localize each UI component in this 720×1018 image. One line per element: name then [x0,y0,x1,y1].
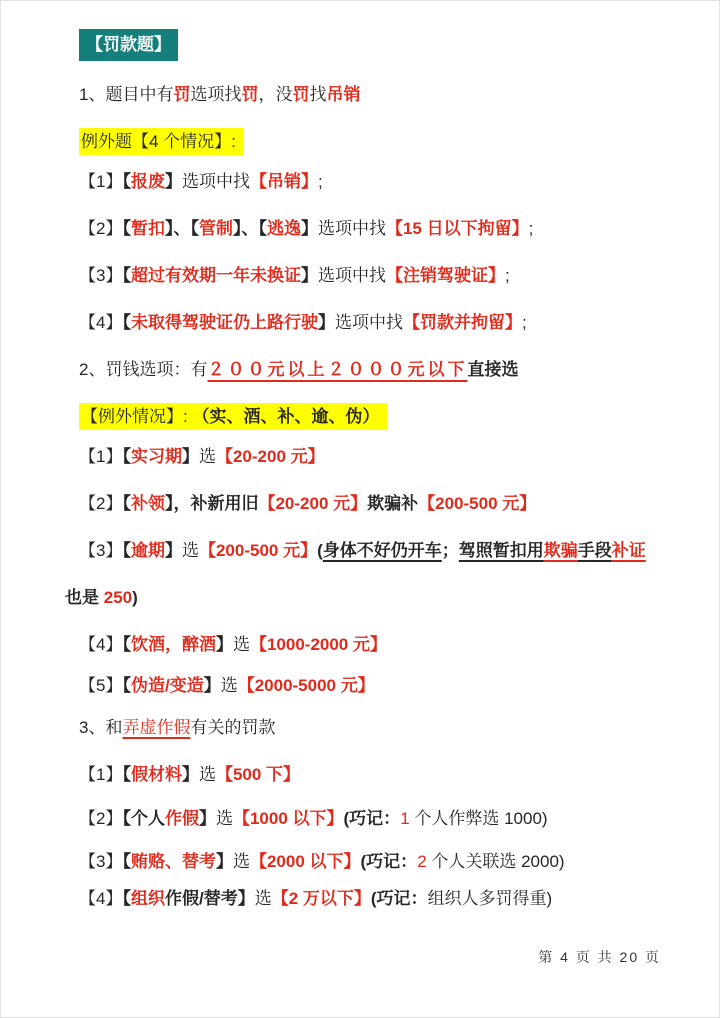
text-segment: 选项中找 [318,266,386,285]
text-segment: 】 [318,313,335,332]
text-segment: 【2】 [79,219,122,238]
text-segment: 伪造/变造 [131,676,204,695]
text-segment: 超过有效期一年未换证 [131,266,301,285]
text-segment: 【4】 [79,889,122,908]
text-segment: 逾期 [131,541,165,560]
text-segment: 选项中找 [335,313,403,332]
yellow-highlight: 例外题【4 个情况】: [79,128,244,155]
text-segment: 选 [199,765,216,784]
text-segment: 【1000 以下】 [233,809,344,828]
rule-1-penalty: 1、题目中有罚选项找罚，没罚找吊销 [79,83,679,107]
text-segment: 【罚款并拘留】 [403,313,522,332]
text-segment: 【15 日以下拘留】 [386,219,529,238]
text-segment: 【 [122,635,131,654]
text-segment: 】、【 [165,219,199,238]
text-segment: 【 [122,219,131,238]
text-segment: 】 [301,266,318,285]
text-segment: 【 [122,889,131,908]
text-segment: ; [529,219,534,238]
text-segment: 补领 [131,494,165,513]
fine-4-alcohol: 【4】【饮酒，醉酒】选【1000-2000 元】 [79,633,679,657]
text-segment: 【20-200 元】 [258,494,367,513]
page-number-footer: 第 4 页 共 20 页 [538,947,661,967]
exception-4-no-license: 【4】【未取得驾驶证仍上路行驶】选项中找【罚款并拘留】; [79,311,679,335]
text-segment: 【 [122,494,131,513]
fine-3-overdue-continued: 也是 250) [65,586,679,610]
text-segment: 【5】 [79,676,122,695]
text-segment: 个人 [131,809,165,828]
yellow-highlight: 【例外情况】: （实、酒、补、逾、伪） [79,403,387,430]
text-segment: （实、酒、补、逾、伪） [192,407,379,426]
text-segment: 组织 [131,889,165,908]
text-segment: 】 [238,889,255,908]
text-segment: ２００元以上２０００元以下 [207,360,467,379]
text-segment: 也是 [65,588,104,607]
text-segment: 【2】 [79,494,122,513]
text-segment: 作假 [165,809,199,828]
text-segment: 驾照暂扣用 [459,541,544,560]
text-segment: 选 [216,809,233,828]
text-segment: ; [522,313,527,332]
text-segment: 组织人多罚得重) [428,889,553,908]
text-segment: 【 [122,447,131,466]
text-segment: 作假/替考 [165,889,238,908]
text-segment: 【1000-2000 元】 [250,635,387,654]
fine-1-probation: 【1】【实习期】选【20-200 元】 [79,445,679,469]
text-segment: 选 [233,635,250,654]
exception-1-scrap: 【1】【报废】选项中找【吊销】; [79,170,679,194]
text-segment: 【500 下】 [216,765,300,784]
text-segment: 【2】 [79,809,122,828]
text-segment: 选 [199,447,216,466]
text-segment: ; [318,172,323,191]
exception-heading: 例外题【4 个情况】: [79,130,679,154]
text-segment: 罚 [292,85,309,104]
text-segment: 暂扣 [131,219,165,238]
rule-3-fraud: 3、和弄虚作假有关的罚款 [79,716,679,740]
text-segment: 选 [221,676,238,695]
text-segment: 】 [216,852,233,871]
text-segment: 罚 [241,85,258,104]
text-segment: 】 [216,635,233,654]
fine-2-reissue: 【2】【补领】，补新用旧【20-200 元】欺骗补【200-500 元】 [79,492,679,516]
text-segment: 【 [122,676,131,695]
text-segment: 选项中找 [182,172,250,191]
text-segment: 【20-200 元】 [216,447,325,466]
text-segment: 选 [255,889,272,908]
text-segment: 选 [233,852,250,871]
text-segment: 【 [122,266,131,285]
text-segment: 逃逸 [267,219,301,238]
fraud-2-individual: 【2】【个人作假】选【1000 以下】(巧记：1 个人作弊选 1000) [79,807,679,831]
text-segment: (巧记： [371,889,428,908]
text-segment: 个人关联选 2000) [427,852,565,871]
text-segment: 【例外情况】: [81,407,192,426]
text-segment: 【200-500 元】 [418,494,536,513]
text-segment: 】 [165,172,182,191]
text-segment: 找 [309,85,326,104]
document-lines: 1、题目中有罚选项找罚，没罚找吊销例外题【4 个情况】:【1】【报废】选项中找【… [79,83,679,911]
text-segment: 】 [199,809,216,828]
text-segment: 【2000-5000 元】 [238,676,375,695]
document-body: 【罚款题】 1、题目中有罚选项找罚，没罚找吊销例外题【4 个情况】:【1】【报废… [1,1,719,911]
text-segment: 贿赂、替考 [131,852,216,871]
text-segment: 【4】 [79,313,122,332]
text-segment: 【 [122,541,131,560]
text-segment: 实习期 [131,447,182,466]
page-title: 【罚款题】 [79,29,178,61]
text-segment: 】 [301,219,318,238]
text-segment: 【 [122,809,131,828]
text-segment: 【1】 [79,765,122,784]
text-segment: 报废 [131,172,165,191]
rule-2-fine-options: 2、罚钱选项：有２００元以上２０００元以下直接选 [79,358,679,382]
text-segment: (巧记： [361,852,418,871]
text-segment: 【3】 [79,852,122,871]
text-segment: ，补新用旧 [173,494,258,513]
text-segment: 未取得驾驶证仍上路行驶 [131,313,318,332]
text-segment: 【吊销】 [250,172,318,191]
text-segment: 【1】 [79,172,122,191]
fraud-4-organized: 【4】【组织作假/替考】选【2 万以下】(巧记：组织人多罚得重) [79,887,679,911]
text-segment: 手段 [578,541,612,560]
text-segment: 2 [417,852,426,871]
text-segment: 】、【 [233,219,267,238]
text-segment: 【3】 [79,266,122,285]
text-segment: 【 [122,852,131,871]
text-segment: 2、罚钱选项：有 [79,360,207,379]
fine-3-overdue: 【3】【逾期】选【200-500 元】(身体不好仍开车；驾照暂扣用欺骗手段补证 [79,539,679,563]
text-segment: ; [505,266,510,285]
text-segment: 吊销 [326,85,360,104]
fraud-1-fake-materials: 【1】【假材料】选【500 下】 [79,763,679,787]
fraud-3-bribery: 【3】【贿赂、替考】选【2000 以下】(巧记：2 个人关联选 2000) [79,850,679,874]
text-segment: 个人作弊选 1000) [410,809,548,828]
text-segment: ，没 [258,85,292,104]
exception-2-detain: 【2】【暂扣】、【管制】、【逃逸】选项中找【15 日以下拘留】; [79,217,679,241]
text-segment: 【200-500 元】 [199,541,317,560]
text-segment: 管制 [199,219,233,238]
text-segment: 【 [122,765,131,784]
text-segment: 【1】 [79,447,122,466]
document-page: 【罚款题】 1、题目中有罚选项找罚，没罚找吊销例外题【4 个情况】:【1】【报废… [0,0,720,1018]
text-segment: 【 [122,313,131,332]
text-segment: 【4】 [79,635,122,654]
text-segment: 【2000 以下】 [250,852,361,871]
text-segment: 【2 万以下】 [272,889,371,908]
text-segment: 欺骗 [544,541,578,560]
text-segment: 直接选 [467,360,518,379]
text-segment: 欺骗补 [367,494,418,513]
text-segment: 【注销驾驶证】 [386,266,505,285]
text-segment: 】 [204,676,221,695]
text-segment: 选项中找 [318,219,386,238]
text-segment: 罚 [173,85,190,104]
text-segment: 假材料 [131,765,182,784]
exception-3-expired-license: 【3】【超过有效期一年未换证】选项中找【注销驾驶证】; [79,264,679,288]
text-segment: ； [442,541,459,560]
exception-cases-heading: 【例外情况】: （实、酒、补、逾、伪） [79,405,679,429]
text-segment: 】 [182,447,199,466]
text-segment: 】 [165,541,182,560]
text-segment: 弄虚作假 [122,718,190,737]
text-segment: 有关的罚款 [190,718,275,737]
text-segment: 1、题目中有 [79,85,173,104]
text-segment: 选项找 [190,85,241,104]
text-segment: (巧记： [344,809,401,828]
fine-5-forgery: 【5】【伪造/变造】选【2000-5000 元】 [79,674,679,698]
text-segment: 3、和 [79,718,122,737]
text-segment: 250 [104,588,132,607]
text-segment: 例外题【4 个情况】: [81,132,236,151]
text-segment: 】 [182,765,199,784]
text-segment: 选 [182,541,199,560]
text-segment: 补证 [612,541,646,560]
text-segment: 1 [400,809,409,828]
text-segment: 【3】 [79,541,122,560]
text-segment: ) [132,588,138,607]
text-segment: 饮酒，醉酒 [131,635,216,654]
text-segment: 身体不好仍开车 [323,541,442,560]
text-segment: 【 [122,172,131,191]
